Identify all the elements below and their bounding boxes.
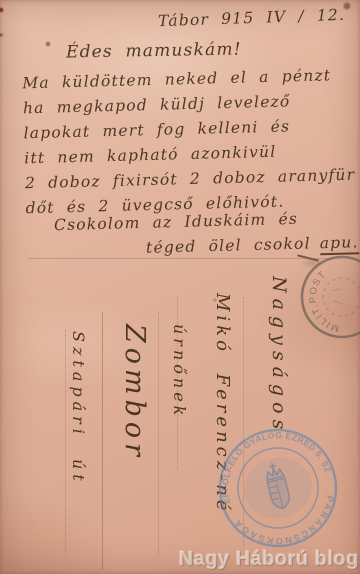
address-honorific: Nagyságos [268, 276, 290, 435]
military-postmark: MILIT.POST [290, 242, 360, 362]
address-rule-solid [102, 312, 103, 570]
greeting-line: Édes mamuskám! [66, 39, 242, 62]
postcard-photo: Tábor 915 IV / 12. Édes mamuskám! Ma kül… [0, 0, 360, 574]
address-title: úrnőnek [170, 324, 189, 419]
watermark-credit: Nagy Háború blog [179, 548, 359, 571]
address-rule-dotted [158, 312, 159, 556]
date-line: Tábor 915 IV / 12. [158, 6, 346, 31]
address-rule-dotted [65, 330, 66, 558]
message-divider-line [28, 258, 332, 259]
message-block: Ma küldöttem neked el a pénzt ha megkapo… [22, 66, 356, 225]
closing-text: téged ölel csokol [146, 234, 311, 256]
postmark-date-smudge [331, 288, 345, 305]
postmark-inner-ring [321, 276, 360, 319]
postmark-outer-ring [297, 252, 360, 342]
address-city: Zombor [119, 324, 150, 461]
address-street: Sztapári út [69, 331, 88, 486]
